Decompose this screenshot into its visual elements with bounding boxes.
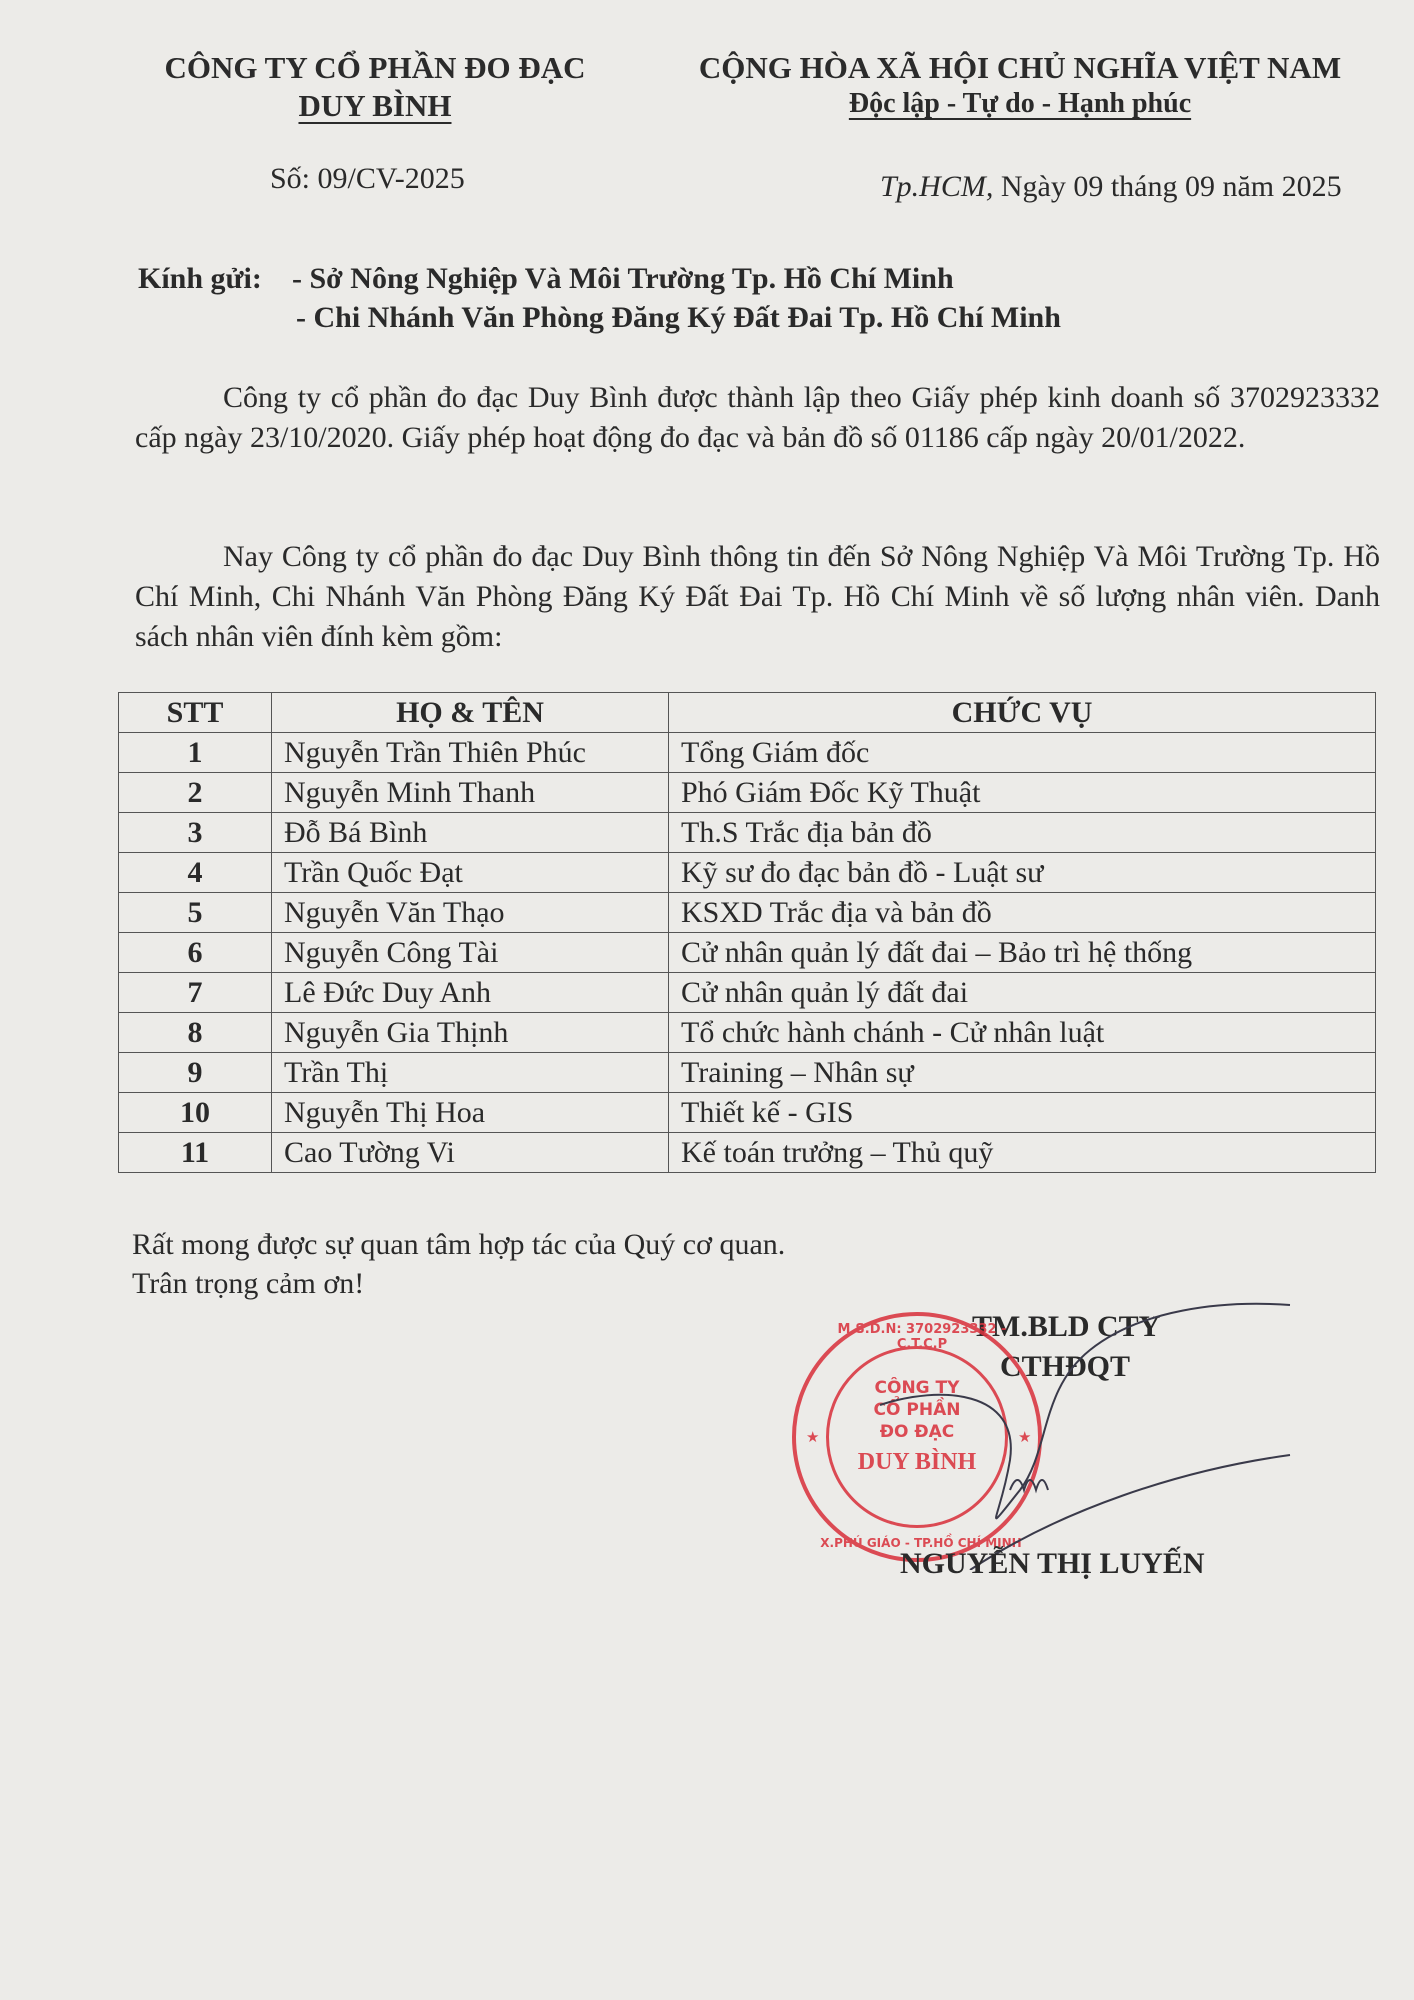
- table-row: 8Nguyễn Gia ThịnhTổ chức hành chánh - Cử…: [119, 1013, 1376, 1053]
- cell-stt: 11: [119, 1133, 272, 1173]
- signature-scribble: [860, 1290, 1300, 1570]
- cell-stt: 4: [119, 853, 272, 893]
- date-text: Ngày 09 tháng 09 năm 2025: [993, 170, 1341, 203]
- national-motto: Độc lập - Tự do - Hạnh phúc: [680, 88, 1360, 120]
- star-icon: ★: [806, 1428, 819, 1446]
- cell-name: Nguyễn Văn Thạo: [272, 893, 669, 933]
- table-row: 3Đỗ Bá BìnhTh.S Trắc địa bản đồ: [119, 813, 1376, 853]
- table-row: 4Trần Quốc ĐạtKỹ sư đo đạc bản đồ - Luật…: [119, 853, 1376, 893]
- signer-name: NGUYỄN THỊ LUYẾN: [900, 1547, 1205, 1581]
- paragraph-notice: Nay Công ty cổ phần đo đạc Duy Bình thôn…: [135, 537, 1380, 657]
- header-name: HỌ & TÊN: [272, 693, 669, 733]
- cell-stt: 9: [119, 1053, 272, 1093]
- cell-name: Nguyễn Thị Hoa: [272, 1093, 669, 1133]
- cell-position: Training – Nhân sự: [669, 1053, 1376, 1093]
- table-row: 10Nguyễn Thị HoaThiết kế - GIS: [119, 1093, 1376, 1133]
- cell-name: Lê Đức Duy Anh: [272, 973, 669, 1013]
- recipient-2: - Chi Nhánh Văn Phòng Đăng Ký Đất Đai Tp…: [296, 301, 1061, 335]
- cell-name: Đỗ Bá Bình: [272, 813, 669, 853]
- cell-position: Th.S Trắc địa bản đồ: [669, 813, 1376, 853]
- cell-stt: 10: [119, 1093, 272, 1133]
- cell-name: Trần Thị: [272, 1053, 669, 1093]
- cell-position: Cử nhân quản lý đất đai: [669, 973, 1376, 1013]
- paragraph-intro: Công ty cổ phần đo đạc Duy Bình được thà…: [135, 378, 1380, 458]
- cell-name: Nguyễn Công Tài: [272, 933, 669, 973]
- cell-position: Tổng Giám đốc: [669, 733, 1376, 773]
- company-name: CÔNG TY CỔ PHẦN ĐO ĐẠC: [120, 50, 630, 86]
- recipients-label: Kính gửi:: [138, 262, 262, 296]
- table-row: 2Nguyễn Minh ThanhPhó Giám Đốc Kỹ Thuật: [119, 773, 1376, 813]
- cell-name: Nguyễn Trần Thiên Phúc: [272, 733, 669, 773]
- recipient-1: - Sở Nông Nghiệp Và Môi Trường Tp. Hồ Ch…: [292, 262, 954, 296]
- header-position: CHỨC VỤ: [669, 693, 1376, 733]
- cell-stt: 1: [119, 733, 272, 773]
- cell-position: Tổ chức hành chánh - Cử nhân luật: [669, 1013, 1376, 1053]
- cell-stt: 8: [119, 1013, 272, 1053]
- table-row: 11Cao Tường ViKế toán trưởng – Thủ quỹ: [119, 1133, 1376, 1173]
- cell-name: Nguyễn Minh Thanh: [272, 773, 669, 813]
- company-name-line2: DUY BÌNH: [120, 88, 630, 124]
- document-date: Tp.HCM, Ngày 09 tháng 09 năm 2025: [880, 170, 1342, 204]
- cell-position: Thiết kế - GIS: [669, 1093, 1376, 1133]
- table-row: 5Nguyễn Văn ThạoKSXD Trắc địa và bản đồ: [119, 893, 1376, 933]
- table-row: 9Trần ThịTraining – Nhân sự: [119, 1053, 1376, 1093]
- cell-stt: 7: [119, 973, 272, 1013]
- cell-name: Trần Quốc Đạt: [272, 853, 669, 893]
- table-row: 6Nguyễn Công TàiCử nhân quản lý đất đai …: [119, 933, 1376, 973]
- header-stt: STT: [119, 693, 272, 733]
- cell-position: Phó Giám Đốc Kỹ Thuật: [669, 773, 1376, 813]
- cell-name: Cao Tường Vi: [272, 1133, 669, 1173]
- cell-position: KSXD Trắc địa và bản đồ: [669, 893, 1376, 933]
- table-row: 1Nguyễn Trần Thiên PhúcTổng Giám đốc: [119, 733, 1376, 773]
- table-header-row: STT HỌ & TÊN CHỨC VỤ: [119, 693, 1376, 733]
- place: Tp.HCM,: [880, 170, 993, 203]
- cell-position: Cử nhân quản lý đất đai – Bảo trì hệ thố…: [669, 933, 1376, 973]
- closing-line-2: Trân trọng cảm ơn!: [132, 1267, 364, 1301]
- national-title: CỘNG HÒA XÃ HỘI CHỦ NGHĨA VIỆT NAM: [680, 50, 1360, 86]
- table-row: 7Lê Đức Duy AnhCử nhân quản lý đất đai: [119, 973, 1376, 1013]
- cell-stt: 5: [119, 893, 272, 933]
- cell-stt: 3: [119, 813, 272, 853]
- cell-position: Kế toán trưởng – Thủ quỹ: [669, 1133, 1376, 1173]
- cell-position: Kỹ sư đo đạc bản đồ - Luật sư: [669, 853, 1376, 893]
- document-number: Số: 09/CV-2025: [270, 162, 465, 196]
- staff-table: STT HỌ & TÊN CHỨC VỤ 1Nguyễn Trần Thiên …: [118, 692, 1376, 1173]
- cell-stt: 6: [119, 933, 272, 973]
- cell-name: Nguyễn Gia Thịnh: [272, 1013, 669, 1053]
- closing-line-1: Rất mong được sự quan tâm hợp tác của Qu…: [132, 1228, 785, 1262]
- cell-stt: 2: [119, 773, 272, 813]
